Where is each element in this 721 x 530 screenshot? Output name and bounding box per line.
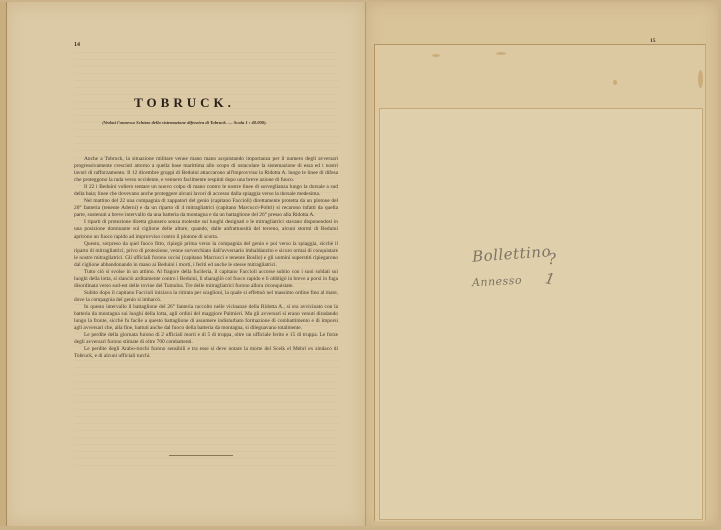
page-title: TOBRUCK. xyxy=(4,95,365,111)
paragraph: Anche a Tobruck, la situazione militare … xyxy=(74,156,338,184)
paragraph: I riparti di protezione diretta giunsero… xyxy=(74,219,338,240)
book-spread: 14 TOBRUCK. (Vedasi l'annesso Schizzo de… xyxy=(0,0,721,530)
handwritten-note-mark-1: ? xyxy=(547,250,557,269)
inserted-sheet-inner xyxy=(379,108,703,520)
paragraph: Tutto ciò si svolse in un attimo. Al fra… xyxy=(74,269,338,290)
paragraph: Subito dopo il capitano Faccioli iniziav… xyxy=(74,290,338,304)
paragraph: In questo intervallo il battaglione del … xyxy=(74,304,338,332)
paragraph: Nel mattino del 22 una compagnia di zapp… xyxy=(74,198,338,219)
handwritten-note-line-2: Annesso xyxy=(472,274,523,290)
page-edge xyxy=(0,2,7,526)
paragraph: Questo, sorpreso da quel fuoco fitto, ri… xyxy=(74,241,338,269)
paper-stain xyxy=(613,80,617,85)
paragraph: Le perdite degli Arabo-turchi furono sen… xyxy=(74,346,338,360)
body-text: Anche a Tobruck, la situazione militare … xyxy=(74,156,338,360)
inserted-sheet-outer xyxy=(374,44,706,521)
section-separator xyxy=(169,455,233,456)
paper-stain xyxy=(496,52,506,55)
paper-stain xyxy=(698,70,703,88)
left-page: 14 TOBRUCK. (Vedasi l'annesso Schizzo de… xyxy=(4,2,366,526)
paper-stain xyxy=(432,54,440,57)
subtitle-map-reference: (Vedasi l'annesso Schizzo della sistemaz… xyxy=(4,120,365,125)
paragraph: Il 22 i Beduini vollero tentare un nuovo… xyxy=(74,184,338,198)
paragraph: Le perdite della giornata furono di 2 uf… xyxy=(74,332,338,346)
page-number-left: 14 xyxy=(74,42,80,48)
right-page: 15 xyxy=(366,2,718,526)
